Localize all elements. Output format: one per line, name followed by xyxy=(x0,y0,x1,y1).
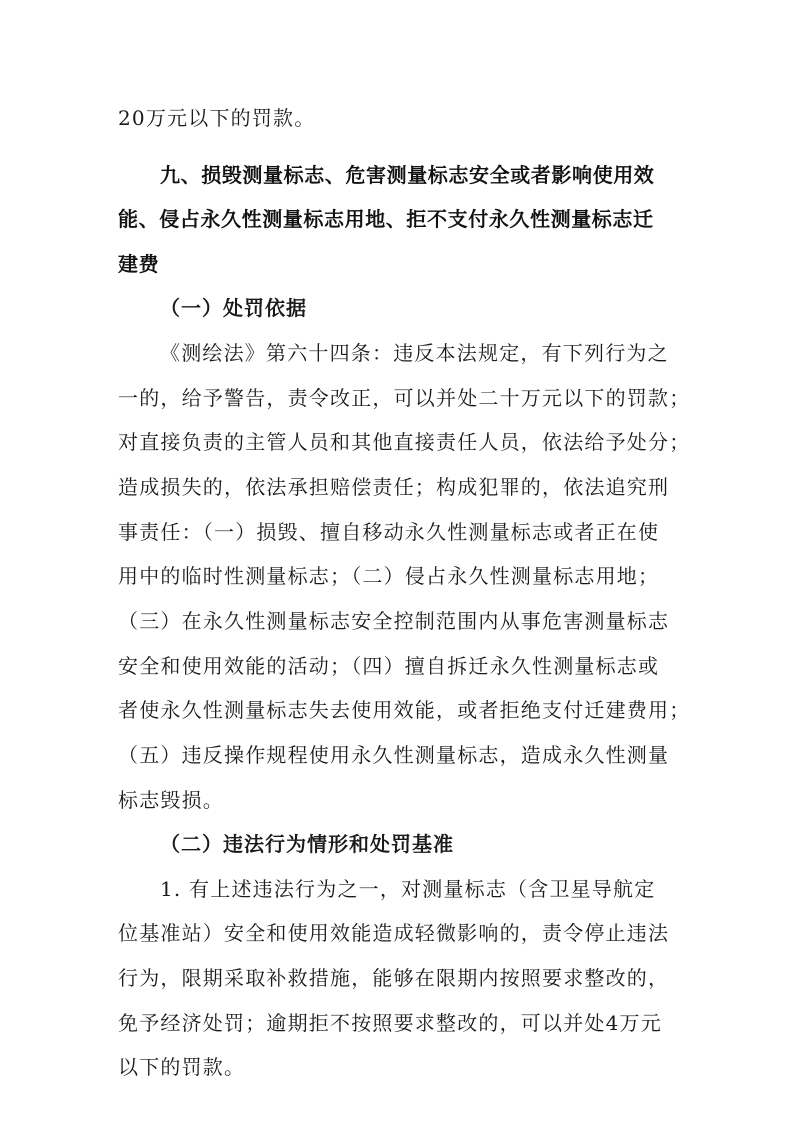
body-line: 位基准站）安全和使用效能造成轻微影响的，责令停止违法 xyxy=(118,921,678,945)
section-heading-line: 九、损毁测量标志、危害测量标志安全或者影响使用效 xyxy=(160,163,720,187)
section-heading-line: 能、侵占永久性测量标志用地、拒不支付永久性测量标志迁 xyxy=(118,207,678,231)
body-line: 事责任：（一）损毁、擅自移动永久性测量标志或者正在使 xyxy=(118,520,678,544)
body-line: （五）违反操作规程使用永久性测量标志，造成永久性测量 xyxy=(118,743,678,767)
body-line: 一的，给予警告，责令改正，可以并处二十万元以下的罚款； xyxy=(118,386,678,410)
body-line: （三）在永久性测量标志安全控制范围内从事危害测量标志 xyxy=(118,609,678,633)
body-line: 1. 有上述违法行为之一，对测量标志（含卫星导航定 xyxy=(160,877,720,901)
section-heading-line: 建费 xyxy=(118,252,678,276)
body-line: 以下的罚款。 xyxy=(118,1055,678,1079)
body-line: 用中的临时性测量标志；（二）侵占永久性测量标志用地； xyxy=(118,564,678,588)
document-page: 20万元以下的罚款。 九、损毁测量标志、危害测量标志安全或者影响使用效 能、侵占… xyxy=(0,0,793,1122)
body-line: 对直接负责的主管人员和其他直接责任人员，依法给予处分； xyxy=(118,430,678,454)
body-line: 行为，限期采取补救措施，能够在限期内按照要求整改的， xyxy=(118,966,678,990)
body-line: 安全和使用效能的活动；（四）擅自拆迁永久性测量标志或 xyxy=(118,654,678,678)
subsection-heading: （一）处罚依据 xyxy=(160,296,720,320)
body-line: 标志毁损。 xyxy=(118,788,678,812)
body-line: 免予经济处罚；逾期拒不按照要求整改的，可以并处4万元 xyxy=(118,1011,678,1035)
body-line: 20万元以下的罚款。 xyxy=(118,106,678,130)
body-line: 造成损失的，依法承担赔偿责任；构成犯罪的，依法追究刑 xyxy=(118,475,678,499)
subsection-heading: （二）违法行为情形和处罚基准 xyxy=(160,832,720,856)
body-line: 《测绘法》第六十四条：违反本法规定，有下列行为之 xyxy=(160,341,720,365)
body-line: 者使永久性测量标志失去使用效能，或者拒绝支付迁建费用； xyxy=(118,698,678,722)
